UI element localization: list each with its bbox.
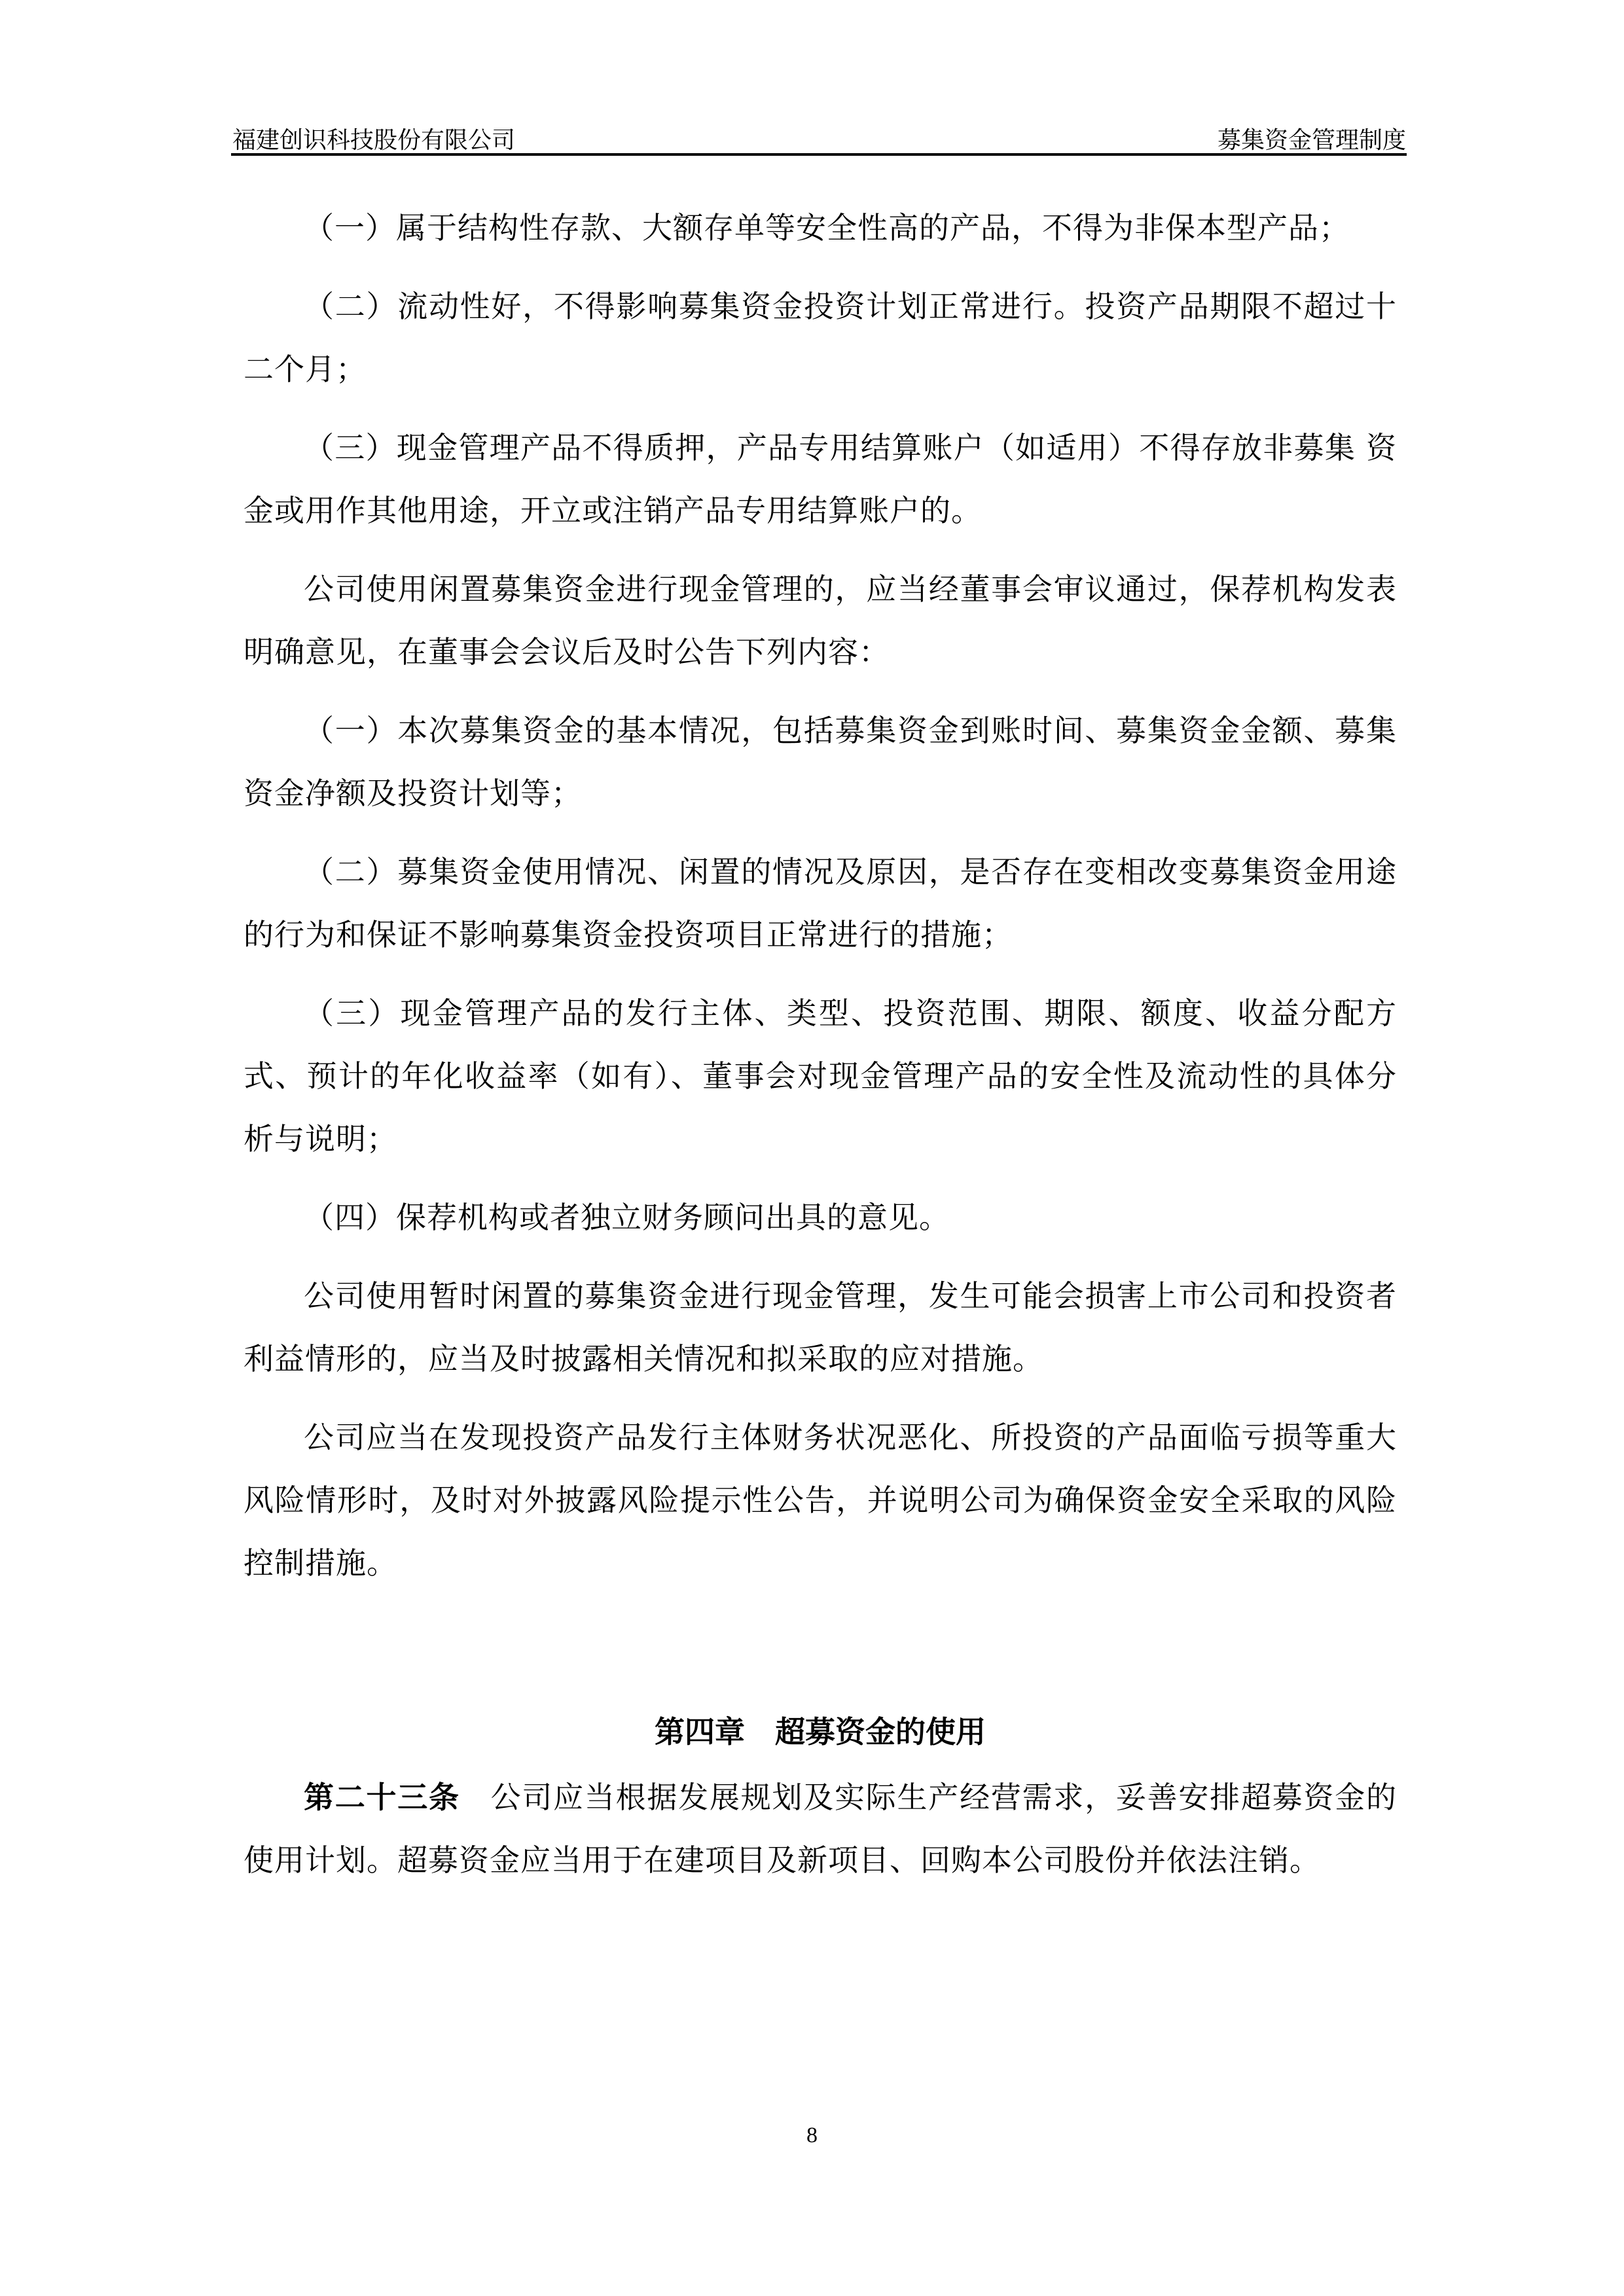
list-item-basic-info: （一）本次募集资金的基本情况，包括募集资金到账时间、募集资金金额、募集资金净额及… (244, 699, 1397, 825)
paragraph-risk-disclosure: 公司应当在发现投资产品发行主体财务状况恶化、所投资的产品面临亏损等重大风险情形时… (244, 1406, 1397, 1594)
header-company-name: 福建创识科技股份有限公司 (232, 126, 515, 155)
list-item-usage-status: （二）募集资金使用情况、闲置的情况及原因，是否存在变相改变募集资金用途的行为和保… (244, 840, 1397, 966)
page-number: 8 (0, 2123, 1624, 2148)
paragraph-disclosure-duty: 公司使用暂时闲置的募集资金进行现金管理，发生可能会损害上市公司和投资者利益情形的… (244, 1265, 1397, 1390)
chapter-number: 第四章 (655, 1714, 745, 1749)
list-item-product-details: （三）现金管理产品的发行主体、类型、投资范围、期限、额度、收益分配方式、预计的年… (244, 982, 1397, 1170)
list-item-structured-deposit: （一）属于结构性存款、大额存单等安全性高的产品，不得为非保本型产品； (244, 196, 1397, 259)
page-header: 福建创识科技股份有限公司 募集资金管理制度 (232, 115, 1406, 155)
list-item-sponsor-opinion: （四）保荐机构或者独立财务顾问出具的意见。 (244, 1186, 1397, 1249)
article-label: 第二十三条 (304, 1780, 460, 1815)
article-23: 第二十三条公司应当根据发展规划及实际生产经营需求，妥善安排超募资金的使用计划。超… (244, 1766, 1397, 1892)
chapter-heading: 第四章超募资金的使用 (244, 1700, 1397, 1763)
document-page: 福建创识科技股份有限公司 募集资金管理制度 （一）属于结构性存款、大额存单等安全… (0, 0, 1624, 2296)
header-document-title: 募集资金管理制度 (1218, 126, 1406, 155)
chapter-title: 超募资金的使用 (775, 1714, 986, 1749)
document-body: （一）属于结构性存款、大额存单等安全性高的产品，不得为非保本型产品； （二）流动… (244, 196, 1397, 1907)
list-item-liquidity: （二）流动性好，不得影响募集资金投资计划正常进行。投资产品期限不超过十二个月； (244, 275, 1397, 401)
paragraph-board-approval: 公司使用闲置募集资金进行现金管理的，应当经董事会审议通过，保荐机构发表明确意见，… (244, 558, 1397, 683)
list-item-no-pledge: （三）现金管理产品不得质押，产品专用结算账户（如适用）不得存放非募集 资金或用作… (244, 416, 1397, 542)
header-divider (231, 153, 1407, 156)
